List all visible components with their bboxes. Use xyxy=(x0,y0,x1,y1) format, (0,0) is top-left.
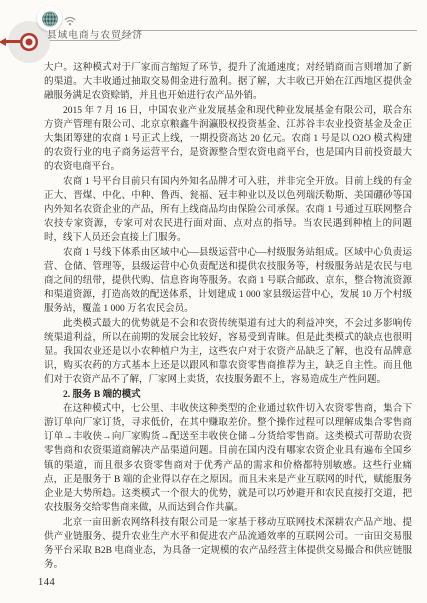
paragraph: 2015 年 7 月 16 日，中国农业产业发展基金和现代种业发展基金有限公司，… xyxy=(44,104,412,175)
bullseye-icon xyxy=(26,39,33,46)
paragraph: 农商 1 号平台目前只有国内外知名品牌才可入驻，并非完全开放。目前上线的有金正大… xyxy=(44,175,412,246)
globe-icon xyxy=(41,10,59,28)
paragraph: 大户。这种模式对于厂家而言缩短了环节，提升了流通速度；对经销商而言则增加了新的渠… xyxy=(44,61,412,104)
paragraph: 此类模式最大的优势就是不会和农资传统渠道有过大的利益冲突，不会过多影响传统渠道利… xyxy=(44,317,412,388)
paragraph: 北京一亩田新农网络科技有限公司是一家基于移动互联网技术深耕农产品产地、提供产业链… xyxy=(44,516,412,573)
wifi-icon xyxy=(64,16,76,26)
target-arrow-shaft xyxy=(2,40,21,42)
book-title: 县域电商与农贸经济 xyxy=(47,27,143,41)
paragraph: 农商 1 号线下体系由区域中心—县级运营中心—村级服务站组成。区域中心负责运营、… xyxy=(44,246,412,317)
section-heading: 2. 服务 B 端的模式 xyxy=(44,388,412,402)
page-number: 144 xyxy=(38,577,55,588)
body-text: 大户。这种模式对于厂家而言缩短了环节，提升了流通速度；对经销商而言则增加了新的渠… xyxy=(44,61,412,572)
book-page: 县域电商与农贸经济 大户。这种模式对于厂家而言缩短了环节，提升了流通速度；对经销… xyxy=(0,0,427,603)
paragraph: 在这种模式中，七公里、丰收侠这种类型的企业通过软件切入农资零售商，集合下游订单向… xyxy=(44,402,412,516)
